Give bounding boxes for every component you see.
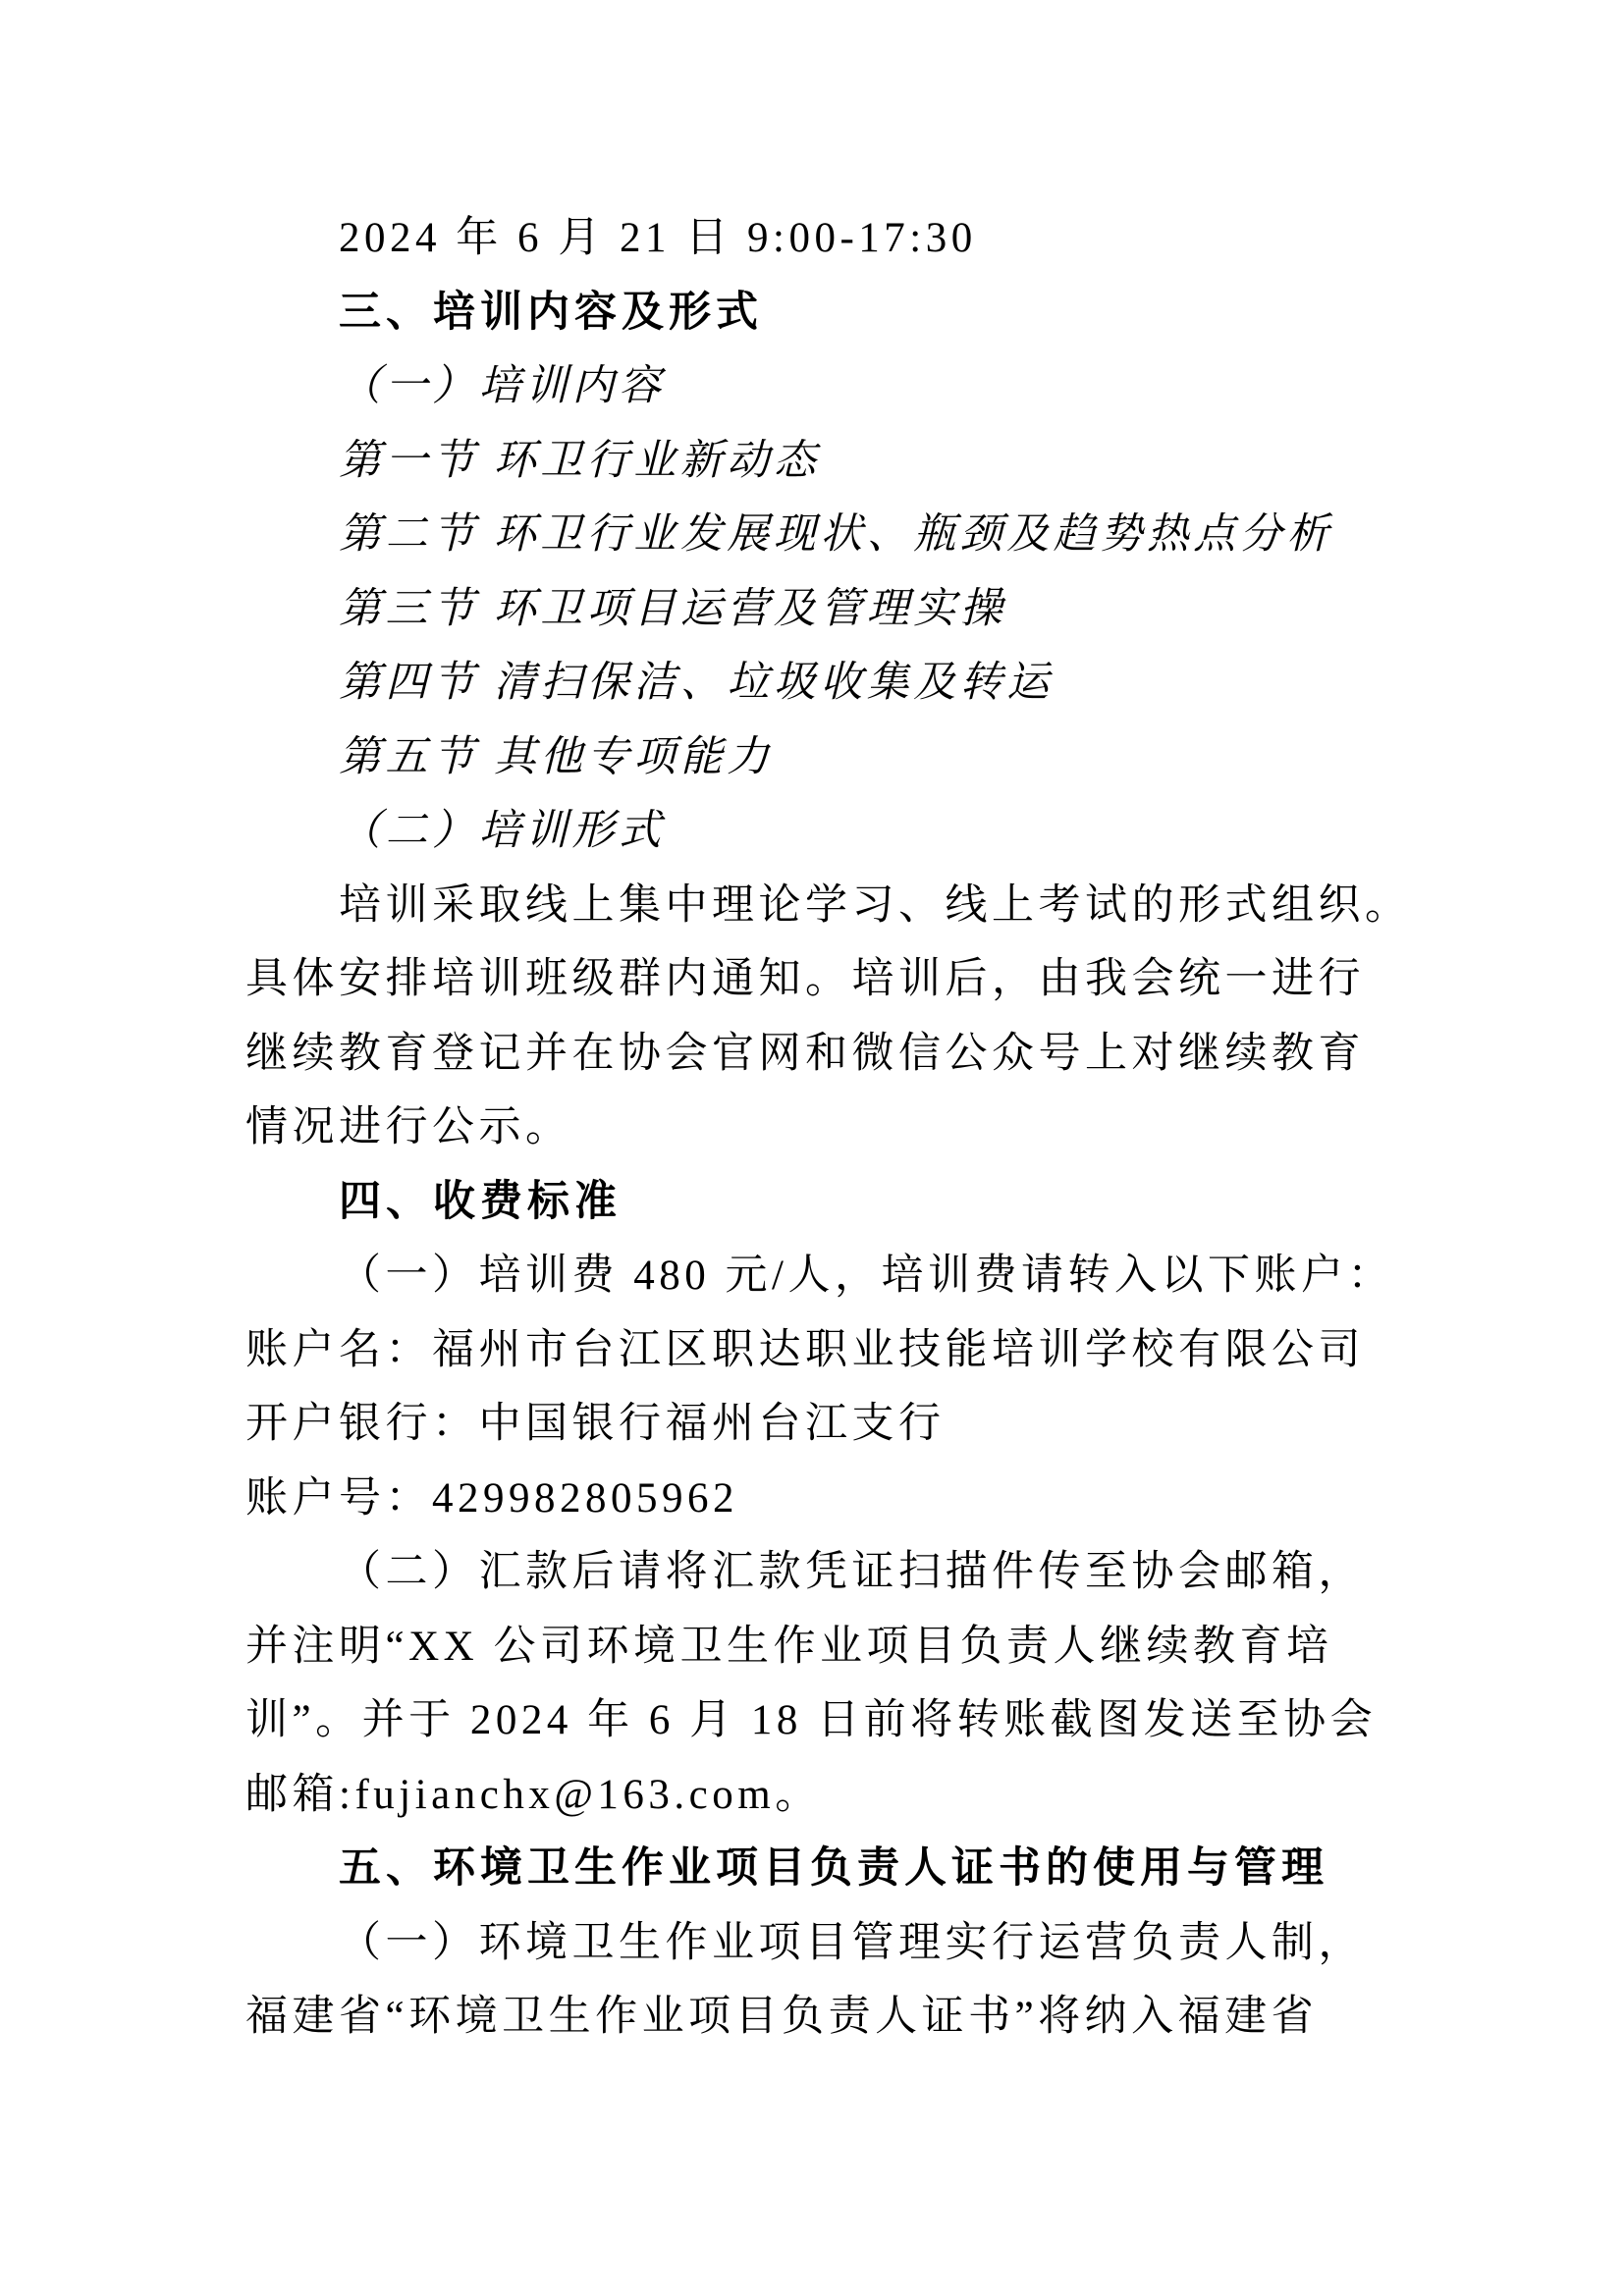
paragraph-line: （一）环境卫生作业项目管理实行运营负责人制，	[245, 1906, 1380, 1981]
paragraph-line: 开户银行：中国银行福州台江支行	[245, 1387, 1380, 1462]
section-heading: 四、收费标准	[245, 1165, 1380, 1240]
paragraph-line: 2024 年 6 月 21 日 9:00-17:30	[245, 201, 1380, 276]
subsection-label: 第五节 其他专项能力	[245, 721, 1380, 795]
subsection-label: （一）培训内容	[245, 349, 1380, 424]
paragraph-line: 福建省“环境卫生作业项目负责人证书”将纳入福建省	[245, 1980, 1380, 2055]
document-lines: 2024 年 6 月 21 日 9:00-17:30三、培训内容及形式（一）培训…	[245, 201, 1380, 2055]
section-heading: 五、环境卫生作业项目负责人证书的使用与管理	[245, 1832, 1380, 1906]
paragraph-line: 继续教育登记并在协会官网和微信公众号上对继续教育	[245, 1017, 1380, 1092]
paragraph-line: （一）培训费 480 元/人，培训费请转入以下账户：	[245, 1239, 1380, 1313]
section-heading: 三、培训内容及形式	[245, 276, 1380, 350]
paragraph-line: 培训采取线上集中理论学习、线上考试的形式组织。	[245, 869, 1380, 943]
paragraph-line: 训”。并于 2024 年 6 月 18 日前将转账截图发送至协会	[245, 1683, 1380, 1758]
paragraph-line: 情况进行公示。	[245, 1091, 1380, 1165]
paragraph-line: （二）汇款后请将汇款凭证扫描件传至协会邮箱，	[245, 1535, 1380, 1610]
document-page: 2024 年 6 月 21 日 9:00-17:30三、培训内容及形式（一）培训…	[0, 0, 1624, 2296]
paragraph-line: 邮箱:fujianchx@163.com。	[245, 1758, 1380, 1833]
paragraph-line: 账户号：429982805962	[245, 1462, 1380, 1536]
paragraph-line: 具体安排培训班级群内通知。培训后，由我会统一进行	[245, 942, 1380, 1017]
paragraph-line: 账户名：福州市台江区职达职业技能培训学校有限公司	[245, 1313, 1380, 1388]
subsection-label: 第四节 清扫保洁、垃圾收集及转运	[245, 646, 1380, 721]
subsection-label: 第一节 环卫行业新动态	[245, 424, 1380, 499]
subsection-label: 第三节 环卫项目运营及管理实操	[245, 572, 1380, 647]
paragraph-line: 并注明“XX 公司环境卫生作业项目负责人继续教育培	[245, 1610, 1380, 1684]
subsection-label: （二）培训形式	[245, 794, 1380, 869]
subsection-label: 第二节 环卫行业发展现状、瓶颈及趋势热点分析	[245, 498, 1380, 572]
